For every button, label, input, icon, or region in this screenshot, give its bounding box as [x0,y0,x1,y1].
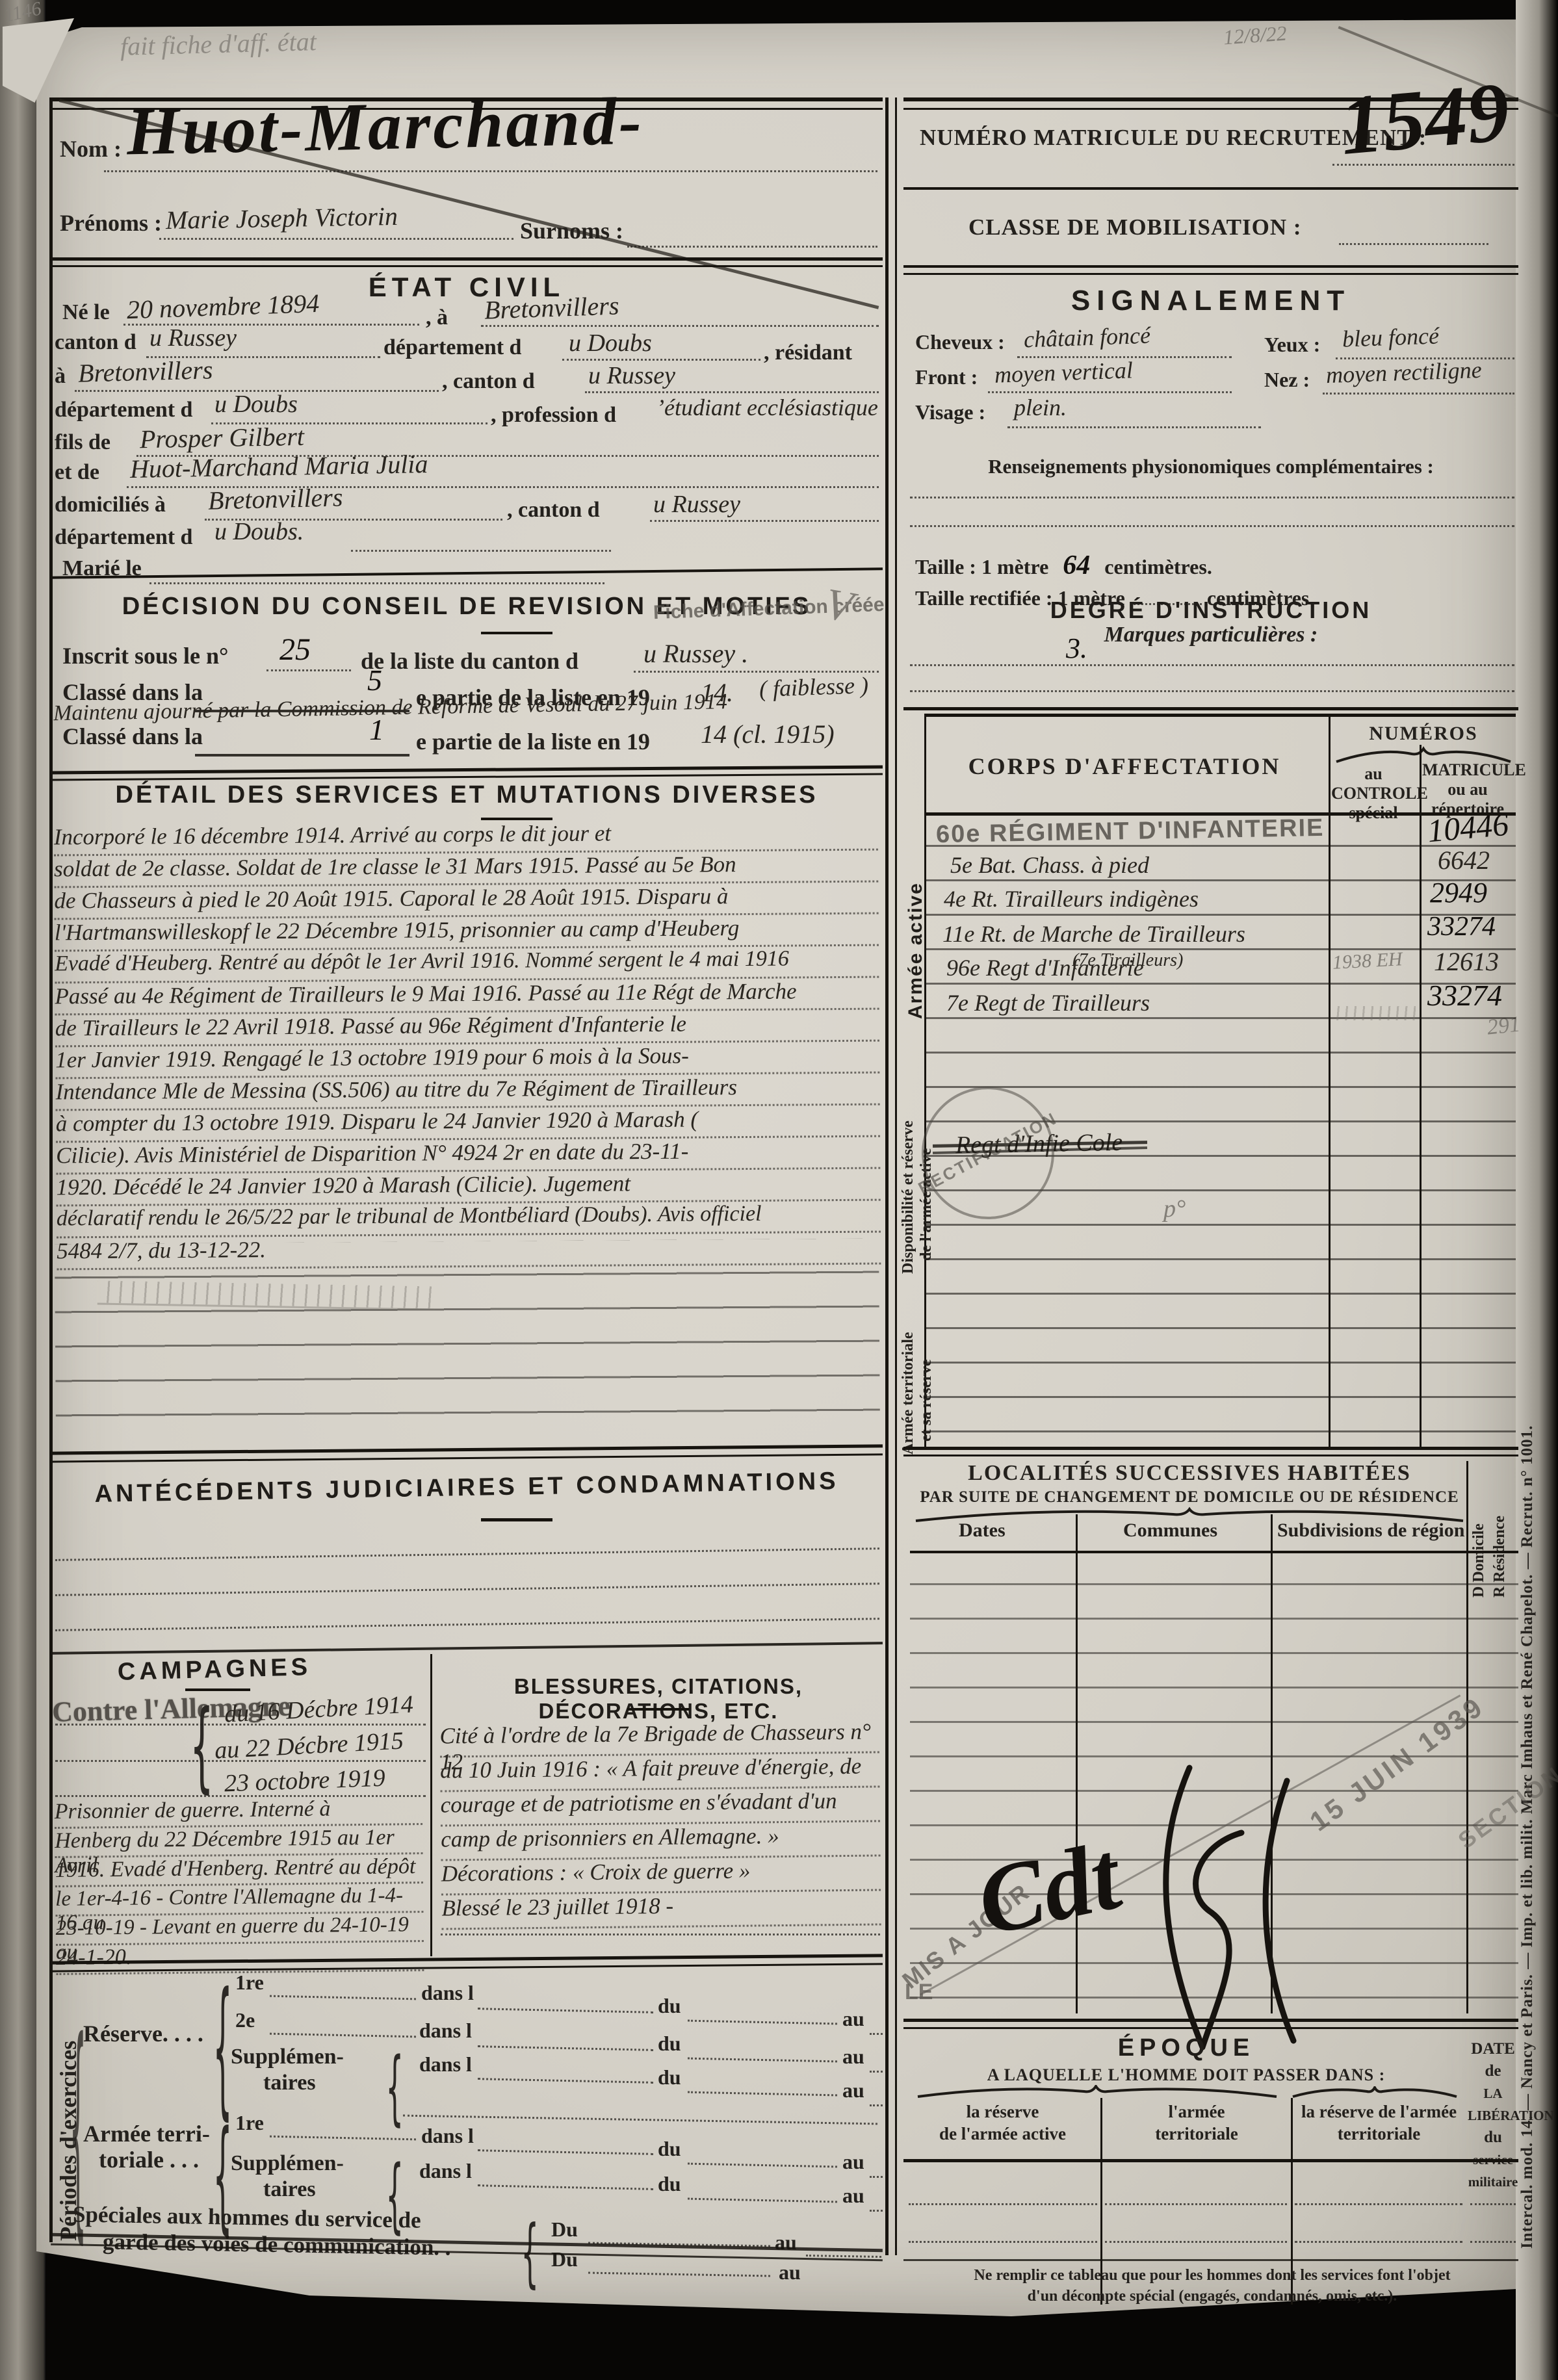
side-label-armee-active: Armée active [905,824,927,1019]
service-line: 1920. Décédé le 24 Janvier 1920 à Marash… [56,1169,880,1207]
campagnes-brace: { [190,1688,214,1804]
nom-underline [104,170,877,172]
line-seg [55,1724,426,1726]
dans-l: dans l [421,1981,474,2005]
a2-label: à [55,364,66,389]
campagne-line: Prisonnier de guerre. Interné à [55,1796,422,1829]
canton3-label: , canton d [507,498,600,523]
a1-value: Bretonvillers [484,290,619,325]
controle-line1: au [1331,764,1416,784]
service-line: de Chasseurs à pied le 20 Août 1915. Cap… [54,883,878,920]
date-lib-line3: LA LIBÉRATION [1468,2082,1518,2127]
du-label: du [658,2172,681,2196]
line-seg [1007,426,1261,428]
campagne-line: Henberg du 22 Décembre 1915 au 1er Avril [55,1825,422,1858]
line-seg [988,391,1232,393]
service-line: Evadé d'Heuberg. Rentré au dépôt le 1er … [55,946,879,984]
profession-value: ’étudiant ecclésiastique [656,394,878,421]
epoque-title: ÉPOQUE [907,2034,1466,2062]
inscrit-hw: u Russey . [643,638,748,669]
campagne-date3: 23 octobre 1919 [224,1764,385,1798]
taille-line: Taille : 1 mètre 64 centimètres. [915,550,1212,581]
line-seg [870,2104,883,2106]
dept1-value: u Doubs [569,329,652,357]
suppl2-label1: Supplémen- [231,2151,344,2176]
suppl-label2: taires [263,2071,316,2095]
taille-value: 64 [1054,550,1099,580]
dans-l: dans l [419,2159,472,2183]
terr-1re: 1re [235,2111,264,2135]
epoque-col3: la réserve de l'armée territoriale [1293,2101,1464,2145]
rectification-stamp: RECTIFICATION [922,1087,1054,1219]
corps-row-matricule: 2949 [1430,876,1487,909]
epoque-subtitle: A LAQUELLE L'HOMME DOIT PASSER DANS : [907,2065,1466,2085]
corps-row-label: 4e Rt. Tirailleurs indigènes [944,885,1199,912]
canton1-label: canton d [55,330,136,355]
corps-vline-1 [1329,714,1331,1447]
reserve-2e: 2e [235,2008,255,2032]
service-line: à compter du 13 octobre 1919. Disparu le… [56,1106,880,1143]
reserve-label: Réserve. . . . [83,2020,203,2047]
canton3-value: u Russey [653,490,740,519]
scanned-military-record: Intercal. mod. 14. — Nancy et Paris. — I… [0,0,1558,2380]
epoque-col2-line2: territoriale [1102,2123,1291,2145]
sig-bottom-rule [903,707,1518,710]
terr-label1: Armée terri- [83,2120,210,2147]
degre-instruction-title: DEGRÉ D'INSTRUCTION [903,597,1518,624]
service-line: déclaratif rendu le 26/5/22 par le tribu… [57,1201,881,1239]
blessure-line: camp de prisonniers en Allemagne. » [441,1822,881,1861]
decision-title-underline [481,632,552,634]
corps-row-matricule: 33274 [1427,911,1496,942]
classe2-num: 1 [369,712,384,747]
line-seg [351,550,611,552]
localites-subtitle: PAR SUITE DE CHANGEMENT DE DOMICILE OU D… [910,1488,1469,1507]
au-label: au [842,2078,864,2102]
date-liberation-col: DATE de LA LIBÉRATION du service militai… [1468,2038,1518,2193]
nez-value: moyen rectiligne [1325,356,1482,389]
line-seg [1470,2203,1516,2205]
line-seg [870,2033,883,2035]
cheveux-value: châtain foncé [1023,322,1150,354]
reserve-1re: 1re [235,1971,264,1995]
line-seg [1295,2203,1462,2205]
blessure-line: du 10 Juin 1916 : « A fait preuve d'éner… [440,1753,880,1792]
epoque-col3-line2: territoriale [1293,2123,1464,2145]
du-cap-label: Du [551,2247,578,2271]
side-label-terr2: et sa réserve [918,1286,935,1442]
du-cap-label: Du [551,2218,578,2242]
dans-l: dans l [419,2052,472,2076]
epoque-brace2 [1290,2086,1459,2099]
epoque-note2: d'un décompte spécial (engagés, condamné… [905,2288,1520,2305]
services-title: DÉTAIL DES SERVICES ET MUTATIONS DIVERSE… [51,781,883,809]
line-seg [481,325,879,327]
surnoms-label: Surnoms : [520,217,623,244]
suppl2-label2: taires [263,2177,316,2202]
localites-vline3 [1466,1461,1468,2013]
line-seg [1470,2241,1516,2243]
dans-l: dans l [421,2124,474,2148]
du-label: du [658,1994,681,2018]
service-line: Cilicie). Avis Ministériel de Disparitio… [56,1137,880,1175]
pencil-squiggle [1331,1006,1416,1020]
classe-mobilisation-label: CLASSE DE MOBILISATION : [968,214,1302,240]
date-lib-line1: DATE [1468,2038,1518,2060]
camp-bless-divider [430,1654,432,1956]
taille-unit: centimètres. [1104,555,1212,578]
top-pencil-note: fait fiche d'aff. état [120,26,317,62]
prenoms-label: Prénoms : [60,209,162,237]
controle-line2: CONTROLE [1331,784,1416,803]
line-seg [266,669,351,671]
front-label: Front : [915,365,978,389]
dept2-label: département d [55,398,192,422]
corps-row4-controle: 1938 EH [1332,948,1403,974]
au-label: au [842,2007,864,2031]
service-line: Intendance Mle de Messina (SS.506) au ti… [55,1074,879,1111]
service-line: Passé au 4e Régiment de Tirailleurs le 9… [55,978,879,1016]
corps-bottom-rule [903,1447,1518,1450]
classe2-mid: e partie de la liste en 19 [416,728,650,755]
du-label: du [658,2032,681,2056]
corps-vline-2 [1420,745,1422,1447]
epoque-top-rule2 [903,2027,1518,2029]
line-seg [870,2176,883,2178]
line-seg [585,391,879,393]
service-line: l'Hartmanswilleskopf le 22 Décembre 1915… [55,914,879,952]
classe1-num: 5 [367,663,382,697]
prenoms-value: Marie Joseph Victorin [166,201,398,235]
localites-title: LOCALITÉS SUCCESSIVES HABITÉES [910,1461,1469,1486]
du-label: du [658,2065,681,2089]
epoque-col2-line1: l'armée [1102,2101,1291,2123]
dept2-value: u Doubs [214,390,298,419]
marques-label: Marques particulières : [903,623,1518,647]
top-right-date: 12/8/22 [1223,21,1288,50]
le-stamp: LE [905,1980,933,2005]
side-label-terr: Armée territoriale [900,1273,917,1455]
line-seg [909,2203,1097,2205]
line-seg [870,2071,883,2073]
degre-value: 3. [1066,632,1087,665]
prenoms-underline [159,238,513,240]
blessures-block: Cité à l'ordre de la 7e Brigade de Chass… [439,1718,881,1930]
identity-rule2 [51,265,883,267]
domicilies-label: domiciliés à [55,493,166,517]
date-lib-line2: de [1468,2060,1518,2082]
suppl-brace: { [386,2041,404,2136]
inscrit-no: 25 [279,632,311,667]
recr-rule [903,187,1518,190]
corps-row-matricule: 10446 [1426,805,1511,850]
dans-l: dans l [419,2019,472,2043]
numeros-header: NUMÉROS [1331,723,1516,745]
identity-rule [51,257,883,261]
classe2-year: 14 (cl. 1915) [701,719,835,749]
dept1-label: département d [383,335,521,360]
line-seg [1295,2241,1462,2243]
services-block: Incorporé le 16 décembre 1914. Arrivé au… [54,819,881,1271]
blessures-underline [627,1708,689,1711]
epoque-col3-line1: la réserve de l'armée [1293,2101,1464,2123]
residant-label: , résidant [764,341,852,365]
campagne-line: 1916. Evadé d'Henberg. Rentré au dépôt [55,1854,423,1887]
campagne-line: 23-10-19 - Levant en guerre du 24-10-19 … [55,1913,423,1946]
corps-title: CORPS D'AFFECTATION [929,753,1319,780]
visage-label: Visage : [915,400,985,424]
inscrit-label: Inscrit sous le n° [62,642,228,669]
line-seg [1323,393,1514,395]
line-seg [441,1934,880,1935]
col-dates: Dates [959,1520,1006,1542]
services-empty-rules [55,1239,880,1440]
nom-value: Huot-Marchand- [126,83,645,171]
corps-row-label: 7e Regt de Tirailleurs [946,989,1150,1016]
classe-rule2 [903,273,1518,275]
printer-imprint: Intercal. mod. 14. — Nancy et Paris. — I… [1518,364,1540,2249]
corps-row-label: 11e Rt. de Marche de Tirailleurs [942,920,1245,948]
signalement-title: SIGNALEMENT [903,285,1518,317]
side-label-dispo: Disponibilité et réserve [900,1040,917,1274]
epoque-col1: la réserve de l'armée active [907,2101,1098,2145]
center-divider2 [895,97,897,2255]
epoque-header-underline [903,2159,1518,2162]
matricule-line1: MATRICULE [1422,760,1513,780]
yeux-label: Yeux : [1264,333,1320,357]
corps-row-label: 5e Bat. Chass. à pied [950,851,1149,879]
line-seg [870,2210,883,2212]
profession-label: , profession d [491,403,616,428]
line-seg [910,497,1514,498]
line-seg [1339,243,1488,245]
fils-value: Prosper Gilbert [140,421,305,454]
du-label: du [658,2137,681,2161]
yeux-value: bleu foncé [1342,322,1439,352]
au-label: au [842,2184,864,2208]
pencil-p-mark: p° [1163,1195,1186,1223]
line-seg [1332,164,1514,166]
service-line: soldat de 2e classe. Soldat de 1re class… [54,851,878,888]
corps-row-matricule: 33274 [1427,978,1502,1013]
epoque-brace1 [915,2085,1279,2099]
a2-value: Bretonvillers [77,354,213,388]
epoque-top-rule [903,2019,1518,2022]
epoque-col1-line2: de l'armée active [907,2123,1098,2145]
line-seg [909,2241,1097,2243]
dept3-label: département d [55,525,192,550]
date-lib-line4: du [1468,2127,1518,2149]
au-label: au [842,2150,864,2174]
canton2-label: , canton d [442,369,535,394]
service-line: de Tirailleurs le 22 Avril 1918. Passé a… [55,1010,879,1048]
corps-row-matricule: 12613 [1434,946,1499,977]
canton1-value: u Russey [149,324,237,352]
terr-label2: toriale . . . [99,2146,199,2173]
classe2-label: Classé dans la [62,723,203,750]
col-communes: Communes [1123,1520,1217,1542]
domicilies-value: Bretonvillers [207,482,343,515]
visage-value: plein. [1014,394,1067,421]
services-title-underline [481,818,552,820]
line-seg [1105,2203,1287,2205]
corps-row-label: 96e Regt d'Infanterie [946,954,1144,981]
signature-flourish [1092,1742,1365,2067]
line-seg [1105,2241,1287,2243]
line-seg [195,754,409,757]
dept3-value: u Doubs. [214,517,304,546]
au-label: au [775,2231,797,2255]
suppl-label1: Supplémen- [231,2045,344,2069]
et-de-value: Huot-Marchand Maria Julia [130,448,428,484]
rectification-stamp-text: RECTIFICATION [915,1107,1061,1198]
service-line: 1er Janvier 1919. Rengagé le 13 octobre … [55,1042,879,1080]
blessure-line: courage et de patriotisme en s'évadant d… [440,1787,880,1826]
ne-le-label: Né le [62,300,110,325]
line-seg [562,359,760,361]
line-seg [910,664,1514,666]
classe-rule [903,265,1518,268]
fils-label: fils de [55,430,110,455]
campagne-line: le 1er-4-16 - Contre l'Allemagne du 1-4-… [55,1883,423,1917]
note-divider [903,2259,1518,2261]
surnoms-underline [627,246,877,248]
taille-prefix: Taille : 1 mètre [915,555,1048,578]
cheveux-label: Cheveux : [915,330,1005,354]
canton2-value: u Russey [588,361,675,390]
blessure-line: Cité à l'ordre de la 7e Brigade de Chass… [439,1718,879,1757]
au-label: au [842,2045,864,2069]
nom-label: Nom : [60,135,122,162]
blessures-title: BLESSURES, CITATIONS, DÉCORATIONS, ETC. [434,1674,883,1724]
matricule-line2: ou au [1422,780,1513,799]
line-seg [55,1760,426,1762]
corps-table-top [924,714,1516,717]
et-de-label: et de [55,460,99,485]
epoque-col1-line1: la réserve [907,2101,1098,2123]
au-label: au [779,2260,801,2284]
left-frame [49,97,53,2242]
line-seg [650,520,879,522]
nez-label: Nez : [1264,368,1310,392]
date-lib-line5: service militaire [1468,2149,1518,2193]
campagnes-block: Prisonnier de guerre. Interné à Henberg … [55,1796,424,1975]
corps-bottom-rule2 [903,1455,1518,1456]
renseignements-label: Renseignements physionomiques complément… [903,455,1518,478]
epoque-note1: Ne remplir ce tableau que pour les homme… [905,2267,1520,2284]
inscrit-label2: de la liste du canton d [361,647,578,675]
front-value: moyen vertical [994,356,1133,388]
blessure-line: Décorations : « Croix de guerre » [441,1856,881,1895]
a1-label: , à [426,305,448,330]
line-seg [149,582,604,584]
blessure-line: Blessé le 23 juillet 1918 - [441,1891,881,1930]
service-line: Incorporé le 16 décembre 1914. Arrivé au… [54,819,878,857]
epoque-col2: l'armée territoriale [1102,2101,1291,2145]
corps-row-matricule: 6642 [1438,845,1490,875]
center-divider [885,97,889,2255]
col-subdiv: Subdivisions de région [1277,1520,1464,1542]
line-seg [910,525,1514,527]
antecedents-underline [481,1518,552,1521]
numero-matricule-value: 1549 [1336,63,1513,175]
line-seg [910,690,1514,692]
